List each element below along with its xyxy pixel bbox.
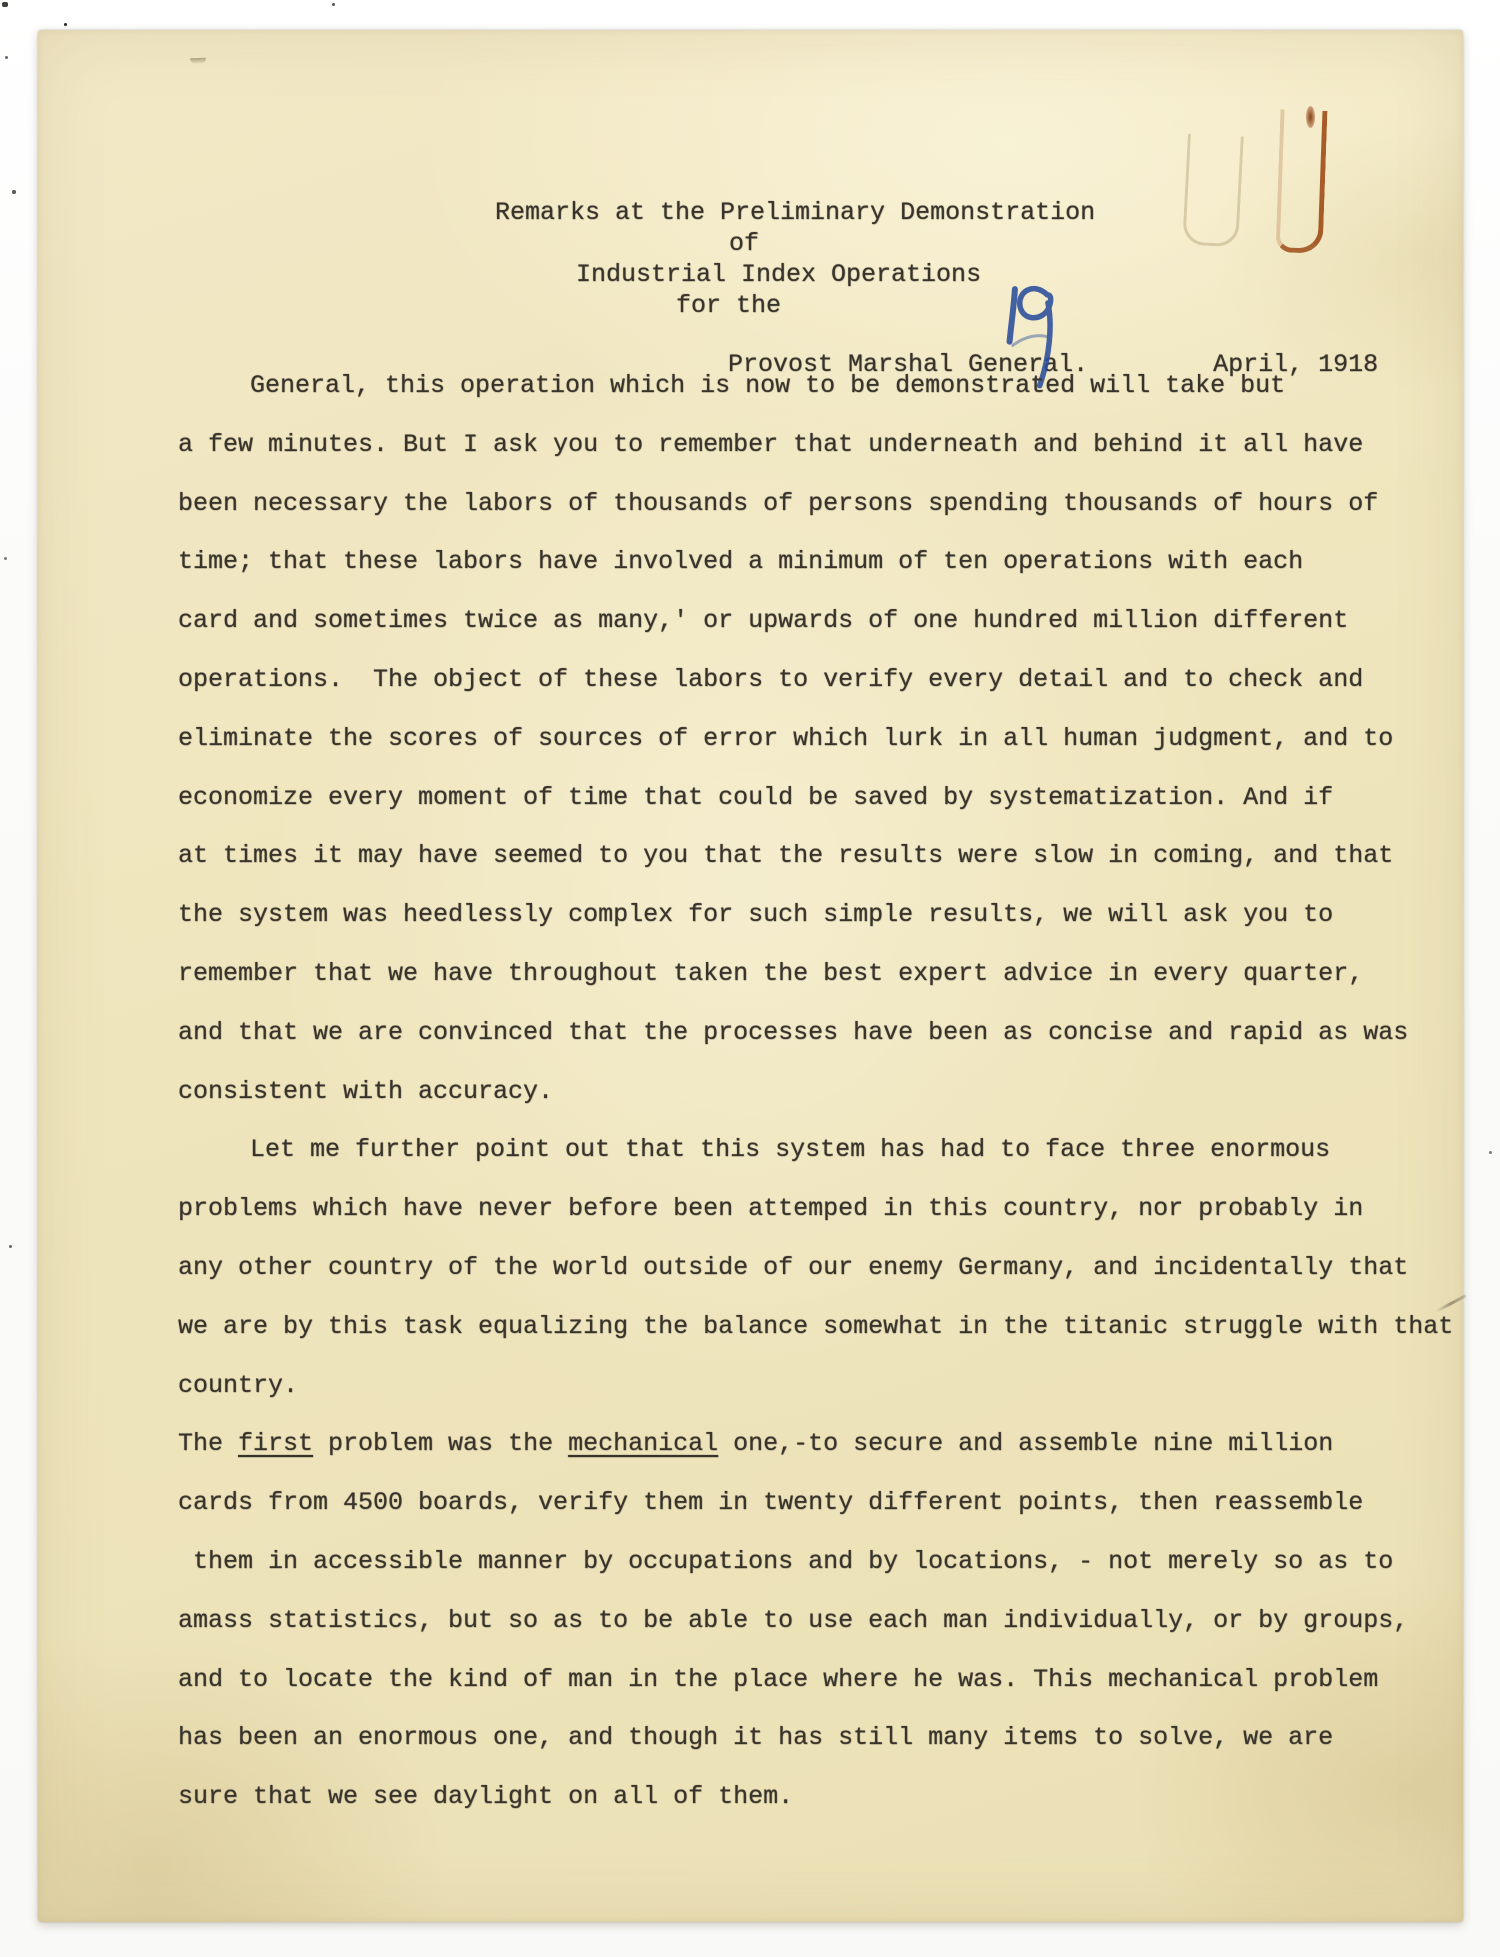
text-line: at times it may have seemed to you that …: [178, 827, 1478, 886]
text-line: sure that we see daylight on all of them…: [178, 1768, 1478, 1827]
dust-speck: [4, 557, 7, 560]
text-line: and to locate the kind of man in the pla…: [178, 1651, 1478, 1710]
text-line: and that we are convinced that the proce…: [178, 1004, 1478, 1063]
rust-blob: [1306, 106, 1315, 128]
text-line: General, this operation which is now to …: [178, 357, 1478, 416]
document-body: General, this operation which is now to …: [178, 357, 1478, 1827]
title-line-3: Industrial Index Operations: [576, 260, 981, 289]
text-line: them in accessible manner by occupations…: [178, 1533, 1478, 1592]
text-line: card and sometimes twice as many,' or up…: [178, 592, 1478, 651]
title-line-1: Remarks at the Preliminary Demonstration: [495, 198, 1095, 227]
text-line: operations. The object of these labors t…: [178, 651, 1478, 710]
text-segment: problem was the: [313, 1429, 568, 1458]
paragraph-2: Let me further point out that this syste…: [178, 1121, 1478, 1415]
paragraph-3: The first problem was the mechanical one…: [178, 1415, 1478, 1827]
dust-speck: [5, 56, 8, 59]
text-line: Let me further point out that this syste…: [178, 1121, 1478, 1180]
dust-speck: [64, 23, 67, 26]
text-line: amass statistics, but so as to be able t…: [178, 1592, 1478, 1651]
text-line: a few minutes. But I ask you to remember…: [178, 416, 1478, 475]
text-line: been necessary the labors of thousands o…: [178, 475, 1478, 534]
text-line: consistent with accuracy.: [178, 1063, 1478, 1122]
text-line-underlined-terms: The first problem was the mechanical one…: [178, 1415, 1478, 1474]
text-line: problems which have never before been at…: [178, 1180, 1478, 1239]
text-line: we are by this task equalizing the balan…: [178, 1298, 1478, 1357]
text-line: the system was heedlessly complex for su…: [178, 886, 1478, 945]
text-line: economize every moment of time that coul…: [178, 769, 1478, 828]
text-line: country.: [178, 1357, 1478, 1416]
dust-speck: [1489, 1151, 1492, 1154]
paragraph-1: General, this operation which is now to …: [178, 357, 1478, 1121]
dust-speck: [2, 2, 8, 7]
text-line: has been an enormous one, and though it …: [178, 1709, 1478, 1768]
paper-sheet: Remarks at the Preliminary Demonstration…: [38, 30, 1463, 1922]
title-line-4: for the: [676, 291, 781, 320]
paperclip-stain-rust: [1276, 109, 1328, 254]
title-line-2: of: [729, 229, 759, 258]
dust-speck: [9, 1245, 12, 1248]
text-line: remember that we have throughout taken t…: [178, 945, 1478, 1004]
paper-edge-nick: [190, 58, 206, 65]
dust-speck: [12, 190, 16, 194]
underlined-word-first: first: [238, 1429, 313, 1458]
text-line: any other country of the world outside o…: [178, 1239, 1478, 1298]
underlined-word-mechanical: mechanical: [568, 1429, 718, 1458]
dust-speck: [332, 3, 335, 6]
text-line: time; that these labors have involved a …: [178, 533, 1478, 592]
text-segment: The: [178, 1429, 238, 1458]
text-segment: one,-to secure and assemble nine million: [718, 1429, 1333, 1458]
text-line: eliminate the scores of sources of error…: [178, 710, 1478, 769]
paperclip-stain-faint: [1182, 134, 1244, 248]
text-line: cards from 4500 boards, verify them in t…: [178, 1474, 1478, 1533]
